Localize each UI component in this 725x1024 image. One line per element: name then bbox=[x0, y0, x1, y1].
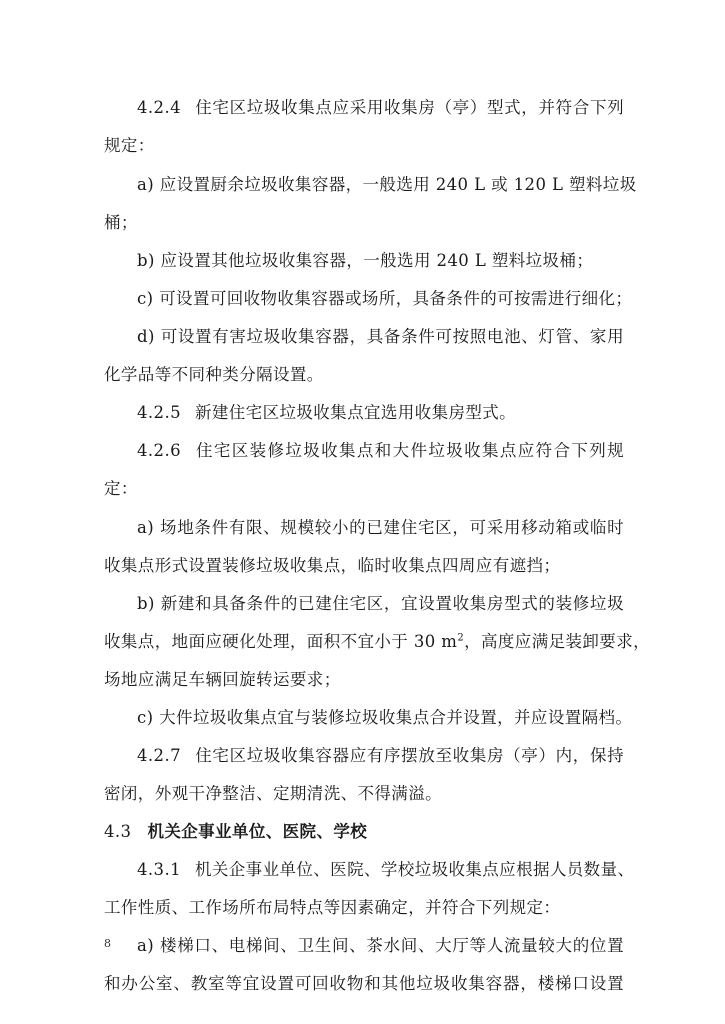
paragraph-line: 场地应满足车辆回旋转运要求； bbox=[104, 670, 624, 690]
list-item-a: a) 场地条件有限、规模较小的已建住宅区，可采用移动箱或临时 bbox=[137, 518, 624, 538]
clause-number: 4.2.6 bbox=[137, 441, 181, 460]
paragraph-line: 密闭，外观干净整洁、定期清洗、不得满溢。 bbox=[104, 784, 624, 804]
section-title: 机关企事业单位、医院、学校 bbox=[147, 822, 367, 841]
page-number: 8 bbox=[104, 937, 111, 950]
list-item-a: a) 应设置厨余垃圾收集容器，一般选用 240 L 或 120 L 塑料垃圾 bbox=[137, 175, 624, 195]
clause-text: 机关企事业单位、医院、学校垃圾收集点应根据人员数量、 bbox=[195, 860, 634, 879]
clause-text: 住宅区垃圾收集点应采用收集房（亭）型式，并符合下列 bbox=[195, 98, 624, 117]
clause-text: 新建住宅区垃圾收集点宜选用收集房型式。 bbox=[195, 403, 516, 422]
clause-4-2-5: 4.2.5新建住宅区垃圾收集点宜选用收集房型式。 bbox=[137, 403, 624, 423]
section-heading-4-3: 4.3机关企事业单位、医院、学校 bbox=[104, 822, 624, 842]
paragraph-line: 工作性质、工作场所布局特点等因素确定，并符合下列规定： bbox=[104, 898, 624, 918]
paragraph-line: 收集点形式设置装修垃圾收集点，临时收集点四周应有遮挡； bbox=[104, 556, 624, 576]
paragraph-line: 化学品等不同种类分隔设置。 bbox=[104, 365, 624, 385]
paragraph-line: 定： bbox=[104, 479, 624, 499]
list-item-c: c) 大件垃圾收集点宜与装修垃圾收集点合并设置，并应设置隔档。 bbox=[137, 708, 624, 728]
list-item-b: b) 新建和具备条件的已建住宅区，宜设置收集房型式的装修垃圾 bbox=[137, 594, 624, 614]
clause-number: 4.2.4 bbox=[137, 98, 181, 117]
paragraph-line: 桶； bbox=[104, 213, 624, 233]
clause-text: 住宅区垃圾收集容器应有序摆放至收集房（亭）内，保持 bbox=[195, 746, 624, 765]
clause-number: 4.2.7 bbox=[137, 746, 181, 765]
paragraph-line: 规定： bbox=[104, 136, 624, 156]
list-item-d: d) 可设置有害垃圾收集容器，具备条件可按照电池、灯管、家用 bbox=[137, 327, 624, 347]
text-segment: 收集点，地面应硬化处理，面积不宜小于 30 m bbox=[104, 632, 457, 651]
section-number: 4.3 bbox=[104, 822, 131, 841]
text-segment: ，高度应满足装卸要求， bbox=[464, 632, 650, 651]
clause-number: 4.2.5 bbox=[137, 403, 181, 422]
list-item-c: c) 可设置可回收物收集容器或场所，具备条件的可按需进行细化； bbox=[137, 289, 624, 309]
paragraph-line: 和办公室、教室等宜设置可回收物和其他垃圾收集容器，楼梯口设置 bbox=[104, 974, 624, 994]
clause-4-2-6: 4.2.6住宅区装修垃圾收集点和大件垃圾收集点应符合下列规 bbox=[137, 441, 624, 461]
clause-4-2-4: 4.2.4住宅区垃圾收集点应采用收集房（亭）型式，并符合下列 bbox=[137, 98, 624, 118]
clause-text: 住宅区装修垃圾收集点和大件垃圾收集点应符合下列规 bbox=[195, 441, 624, 460]
list-item-a: a) 楼梯口、电梯间、卫生间、茶水间、大厅等人流量较大的位置 bbox=[137, 936, 624, 956]
paragraph-line: 收集点，地面应硬化处理，面积不宜小于 30 m2，高度应满足装卸要求， bbox=[104, 632, 624, 652]
clause-4-3-1: 4.3.1机关企事业单位、医院、学校垃圾收集点应根据人员数量、 bbox=[137, 860, 624, 880]
list-item-b: b) 应设置其他垃圾收集容器，一般选用 240 L 塑料垃圾桶； bbox=[137, 251, 624, 271]
clause-number: 4.3.1 bbox=[137, 860, 181, 879]
document-page: 4.2.4住宅区垃圾收集点应采用收集房（亭）型式，并符合下列 规定： a) 应设… bbox=[0, 0, 725, 1024]
clause-4-2-7: 4.2.7住宅区垃圾收集容器应有序摆放至收集房（亭）内，保持 bbox=[137, 746, 624, 766]
